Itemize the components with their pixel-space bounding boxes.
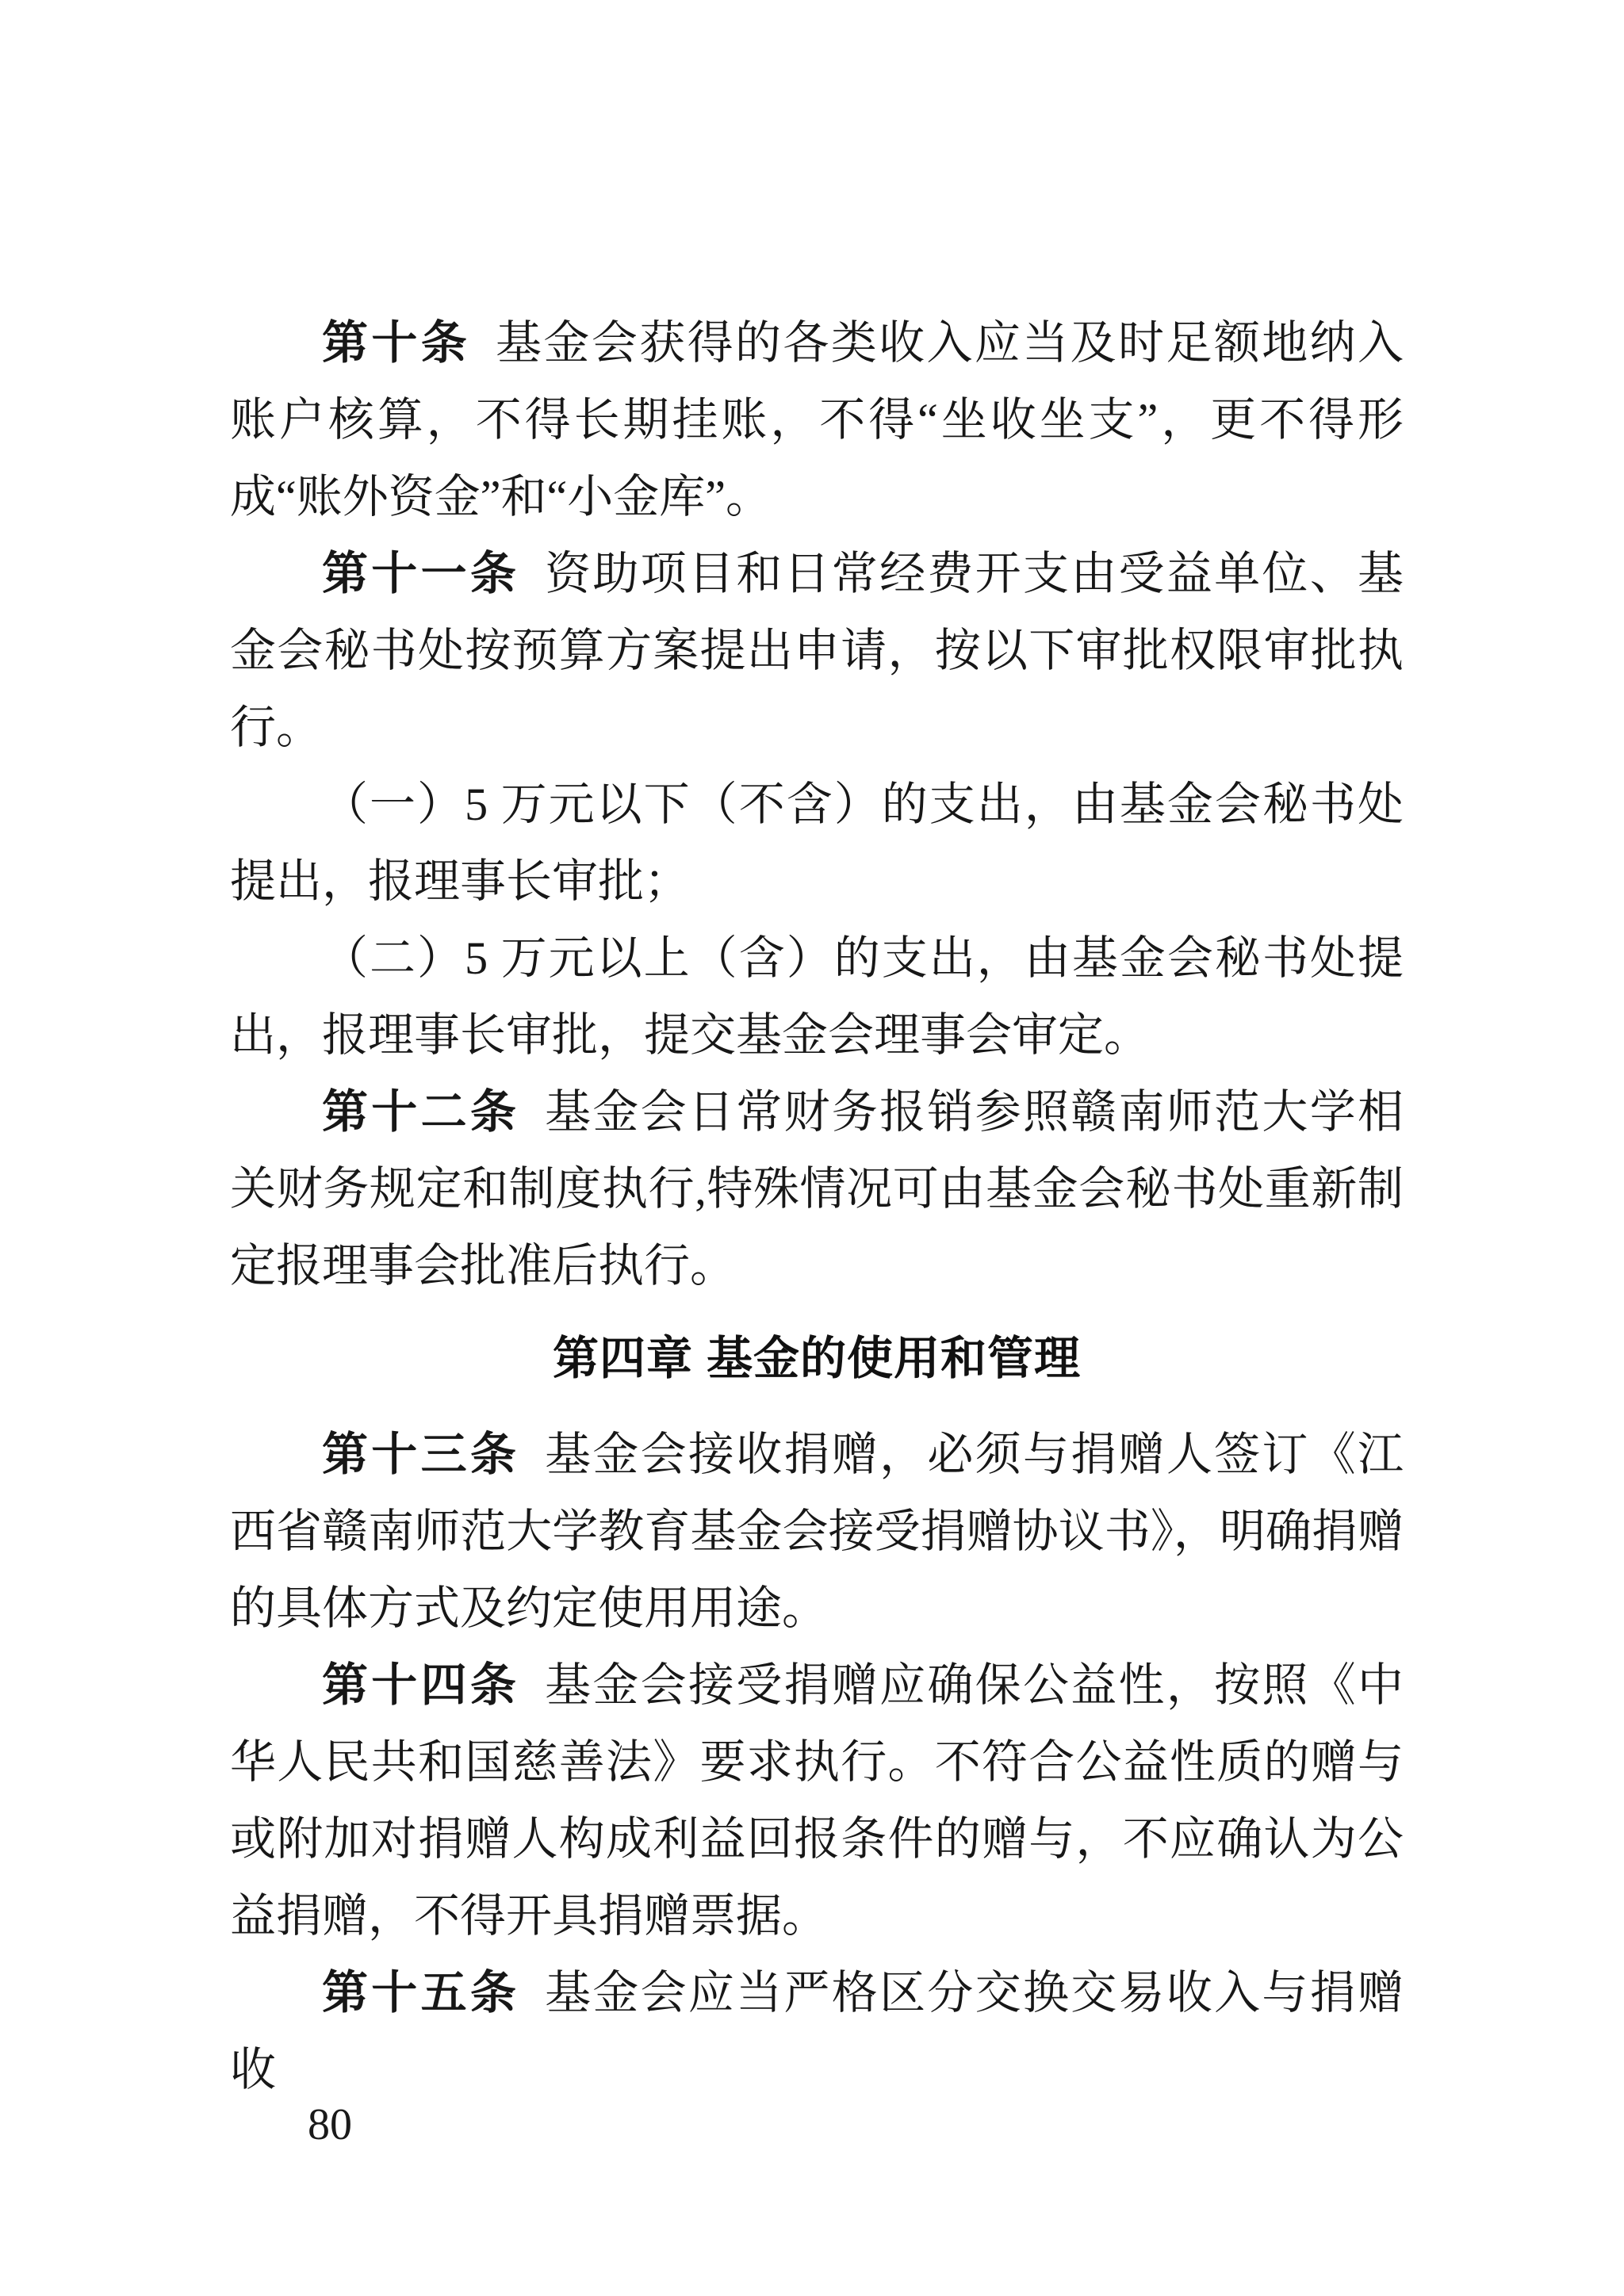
page-number: 80 — [308, 2101, 352, 2149]
article-13-paragraph: 第十三条基金会接收捐赠，必须与捐赠人签订《江西省赣南师范大学教育基金会接受捐赠协… — [230, 1416, 1404, 1647]
article-13-number: 第十三条 — [322, 1429, 519, 1480]
article-11-number: 第十一条 — [322, 548, 519, 599]
article-15-paragraph: 第十五条基金会应当严格区分交换交易收入与捐赠收 — [230, 1954, 1404, 2108]
article-15-number: 第十五条 — [322, 1967, 519, 2019]
article-14-number: 第十四条 — [322, 1659, 519, 1711]
chapter-heading: 第四章 基金的使用和管理 — [230, 1320, 1404, 1397]
document-body: 第十条基金会获得的各类收入应当及时足额地纳入账户核算，不得长期挂账，不得“坐收坐… — [230, 304, 1404, 2108]
document-page: 第十条基金会获得的各类收入应当及时足额地纳入账户核算，不得长期挂账，不得“坐收坐… — [0, 0, 1624, 2296]
article-10-paragraph: 第十条基金会获得的各类收入应当及时足额地纳入账户核算，不得长期挂账，不得“坐收坐… — [230, 304, 1404, 535]
article-11-paragraph: 第十一条资助项目和日常经费开支由受益单位、基金会秘书处按预算方案提出申请，按以下… — [230, 535, 1404, 766]
item-1-text: （一）5 万元以下（不含）的支出，由基金会秘书处提出，报理事长审批； — [230, 779, 1404, 907]
item-2-text: （二）5 万元以上（含）的支出，由基金会秘书处提出，报理事长审批，提交基金会理事… — [230, 932, 1404, 1061]
article-11-item-2: （二）5 万元以上（含）的支出，由基金会秘书处提出，报理事长审批，提交基金会理事… — [230, 920, 1404, 1073]
article-11-item-1: （一）5 万元以下（不含）的支出，由基金会秘书处提出，报理事长审批； — [230, 766, 1404, 920]
article-10-number: 第十条 — [322, 317, 470, 369]
article-14-paragraph: 第十四条基金会接受捐赠应确保公益性，按照《中华人民共和国慈善法》要求执行。不符合… — [230, 1647, 1404, 1954]
article-12-number: 第十二条 — [322, 1086, 519, 1138]
article-12-paragraph: 第十二条基金会日常财务报销参照赣南师范大学相关财务规定和制度执行,特殊情况可由基… — [230, 1073, 1404, 1304]
